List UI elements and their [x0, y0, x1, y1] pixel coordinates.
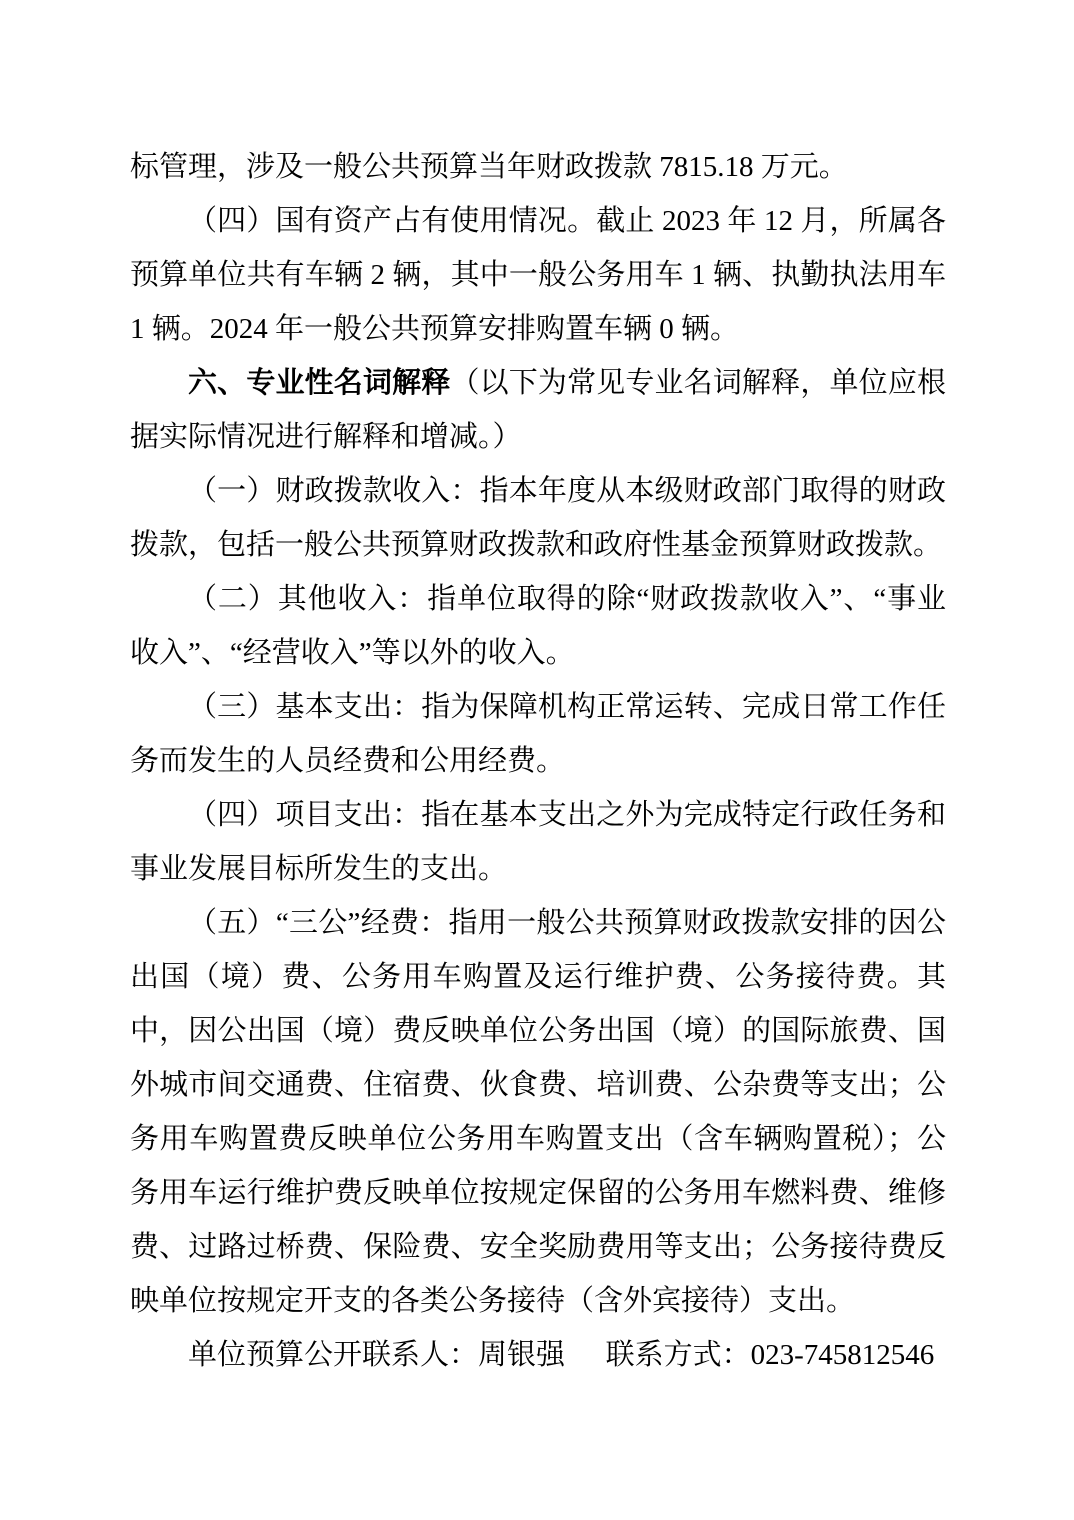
paragraph-state-assets: （四）国有资产占有使用情况。截止 2023 年 12 月，所属各预算单位共有车辆…	[130, 194, 946, 356]
paragraph-continuation: 标管理，涉及一般公共预算当年财政拨款 7815.18 万元。	[130, 140, 946, 194]
contact-name: 周银强	[478, 1339, 565, 1371]
document-page: 标管理，涉及一般公共预算当年财政拨款 7815.18 万元。 （四）国有资产占有…	[0, 0, 1074, 1520]
paragraph-definition-other-income: （二）其他收入：指单位取得的除“财政拨款收入”、“事业收入”、“经营收入”等以外…	[130, 572, 946, 680]
paragraph-contact: 单位预算公开联系人：周银强联系方式：023-745812546	[130, 1328, 946, 1382]
document-content: 标管理，涉及一般公共预算当年财政拨款 7815.18 万元。 （四）国有资产占有…	[130, 140, 946, 1382]
paragraph-definition-fiscal-appropriation-income: （一）财政拨款收入：指本年度从本级财政部门取得的财政拨款，包括一般公共预算财政拨…	[130, 464, 946, 572]
paragraph-definition-project-expenditure: （四）项目支出：指在基本支出之外为完成特定行政任务和事业发展目标所发生的支出。	[130, 788, 946, 896]
section6-heading: 六、专业性名词解释	[188, 367, 450, 399]
contact-phone: 023-745812546	[751, 1339, 935, 1371]
contact-phone-label: 联系方式：	[606, 1339, 751, 1371]
contact-label: 单位预算公开联系人：	[188, 1339, 478, 1371]
paragraph-definition-basic-expenditure: （三）基本支出：指为保障机构正常运转、完成日常工作任务而发生的人员经费和公用经费…	[130, 680, 946, 788]
paragraph-section6: 六、专业性名词解释（以下为常见专业名词解释，单位应根据实际情况进行解释和增减。）	[130, 356, 946, 464]
paragraph-definition-three-public-funds: （五）“三公”经费：指用一般公共预算财政拨款安排的因公出国（境）费、公务用车购置…	[130, 896, 946, 1328]
